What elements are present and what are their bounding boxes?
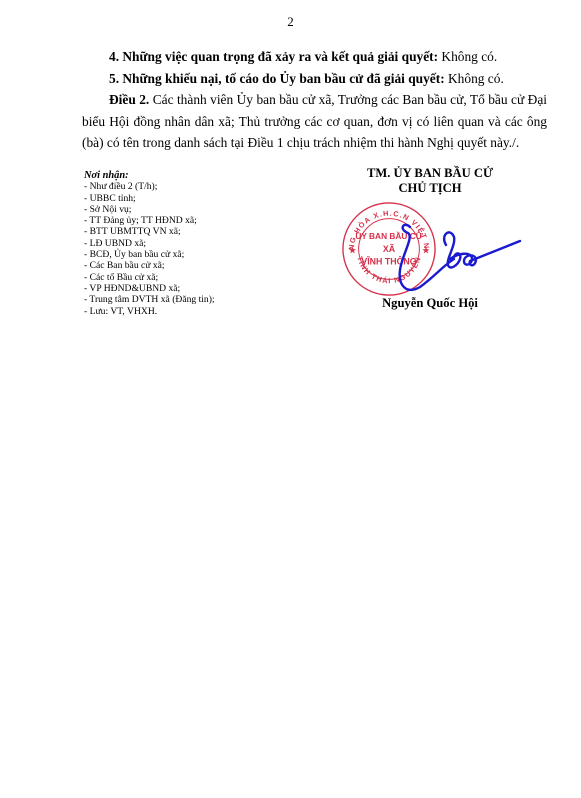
paragraph-text: Không có.: [445, 71, 504, 86]
signer-role: CHỦ TỊCH: [340, 181, 520, 196]
body-text: 4. Những việc quan trọng đã xảy ra và kế…: [82, 46, 547, 154]
page-number: 2: [0, 14, 581, 30]
recipients-title: Nơi nhận:: [84, 170, 215, 181]
signer-name: Nguyễn Quốc Hội: [340, 296, 520, 311]
svg-text:★: ★: [349, 246, 357, 255]
paragraph-article-2: Điều 2. Các thành viên Ủy ban bầu cử xã,…: [82, 89, 547, 154]
recipient-item: - Lưu: VT, VHXH.: [84, 306, 215, 317]
recipient-item: - Các tổ Bầu cử xã;: [84, 272, 215, 283]
paragraph-item-5: 5. Những khiếu nại, tố cáo do Ủy ban bầu…: [82, 68, 547, 90]
recipients-list: Nơi nhận: - Như điều 2 (T/h); - UBBC tỉn…: [84, 170, 215, 317]
recipient-item: - BTT UBMTTQ VN xã;: [84, 226, 215, 237]
recipient-item: - VP HĐND&UBND xã;: [84, 283, 215, 294]
paragraph-heading: 5. Những khiếu nại, tố cáo do Ủy ban bầu…: [109, 71, 445, 86]
signer-organization: TM. ỦY BAN BẦU CỬ: [340, 166, 520, 181]
recipient-item: - TT Đảng ủy; TT HĐND xã;: [84, 215, 215, 226]
recipient-item: - UBBC tỉnh;: [84, 193, 215, 204]
paragraph-text: Không có.: [438, 49, 497, 64]
recipient-item: - Trung tâm DVTH xã (Đăng tin);: [84, 294, 215, 305]
recipient-item: - BCĐ, Ủy ban bầu cử xã;: [84, 249, 215, 260]
recipient-item: - LĐ UBND xã;: [84, 238, 215, 249]
paragraph-heading: Điều 2.: [109, 92, 149, 107]
recipient-item: - Như điều 2 (T/h);: [84, 181, 215, 192]
paragraph-heading: 4. Những việc quan trọng đã xảy ra và kế…: [109, 49, 438, 64]
handwritten-signature-icon: [388, 215, 528, 300]
recipient-item: - Các Ban bầu cử xã;: [84, 260, 215, 271]
recipient-item: - Sở Nội vụ;: [84, 204, 215, 215]
paragraph-item-4: 4. Những việc quan trọng đã xảy ra và kế…: [82, 46, 547, 68]
signature-heading: TM. ỦY BAN BẦU CỬ CHỦ TỊCH: [340, 166, 520, 196]
paragraph-text: Các thành viên Ủy ban bầu cử xã, Trưởng …: [82, 92, 547, 150]
